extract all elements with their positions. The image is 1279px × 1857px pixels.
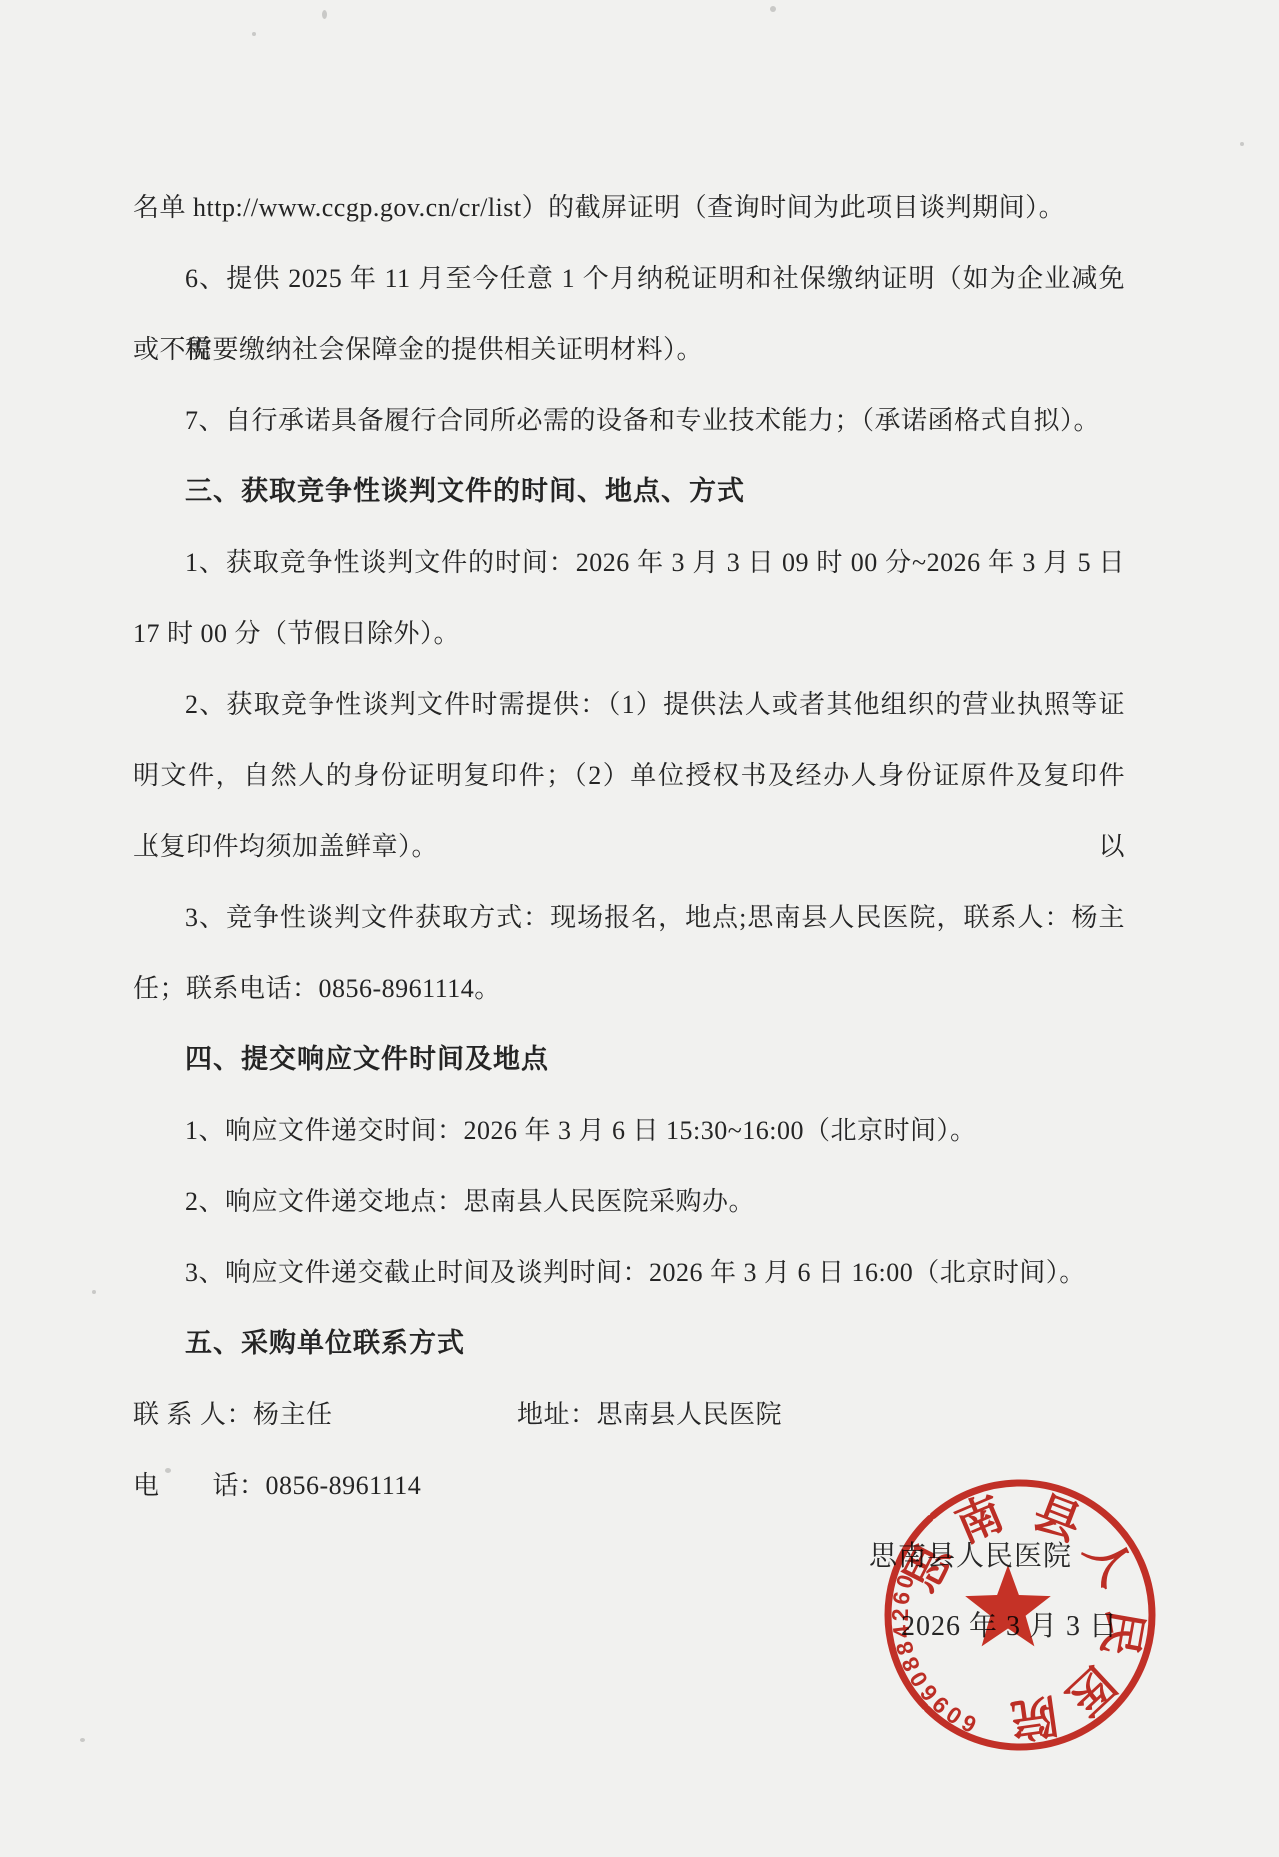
doc-line: 名单 http://www.ccgp.gov.cn/cr/list）的截屏证明（…: [133, 172, 1125, 243]
scanned-document-page: { "page": { "background": "#f1f1ef", "in…: [0, 0, 1279, 1857]
paper-speck: [92, 1290, 96, 1294]
doc-line: 1、响应文件递交时间：2026 年 3 月 6 日 15:30~16:00（北京…: [133, 1095, 1125, 1166]
seal-arc-char: 院: [1008, 1689, 1061, 1746]
contact-line: 联 系 人：杨主任地址：思南县人民医院: [133, 1379, 1125, 1450]
seal-arc-char: 医: [1056, 1656, 1124, 1725]
seal-arc-char: 民: [1093, 1606, 1151, 1660]
doc-line: 2、响应文件递交地点：思南县人民医院采购办。: [133, 1166, 1125, 1237]
doc-line: 3、竞争性谈判文件获取方式：现场报名，地点;思南县人民医院，联系人：杨主: [133, 882, 1125, 953]
paper-speck: [80, 1738, 85, 1742]
paper-speck: [770, 6, 776, 12]
doc-line: 7、自行承诺具备履行合同所必需的设备和专业技术能力；（承诺函格式自拟）。: [133, 385, 1125, 456]
official-seal: 思 南 县 人 民 医 院 6096088426025: [860, 1455, 1180, 1775]
doc-line: 3、响应文件递交截止时间及谈判时间：2026 年 3 月 6 日 16:00（北…: [133, 1237, 1125, 1308]
document-body: 名单 http://www.ccgp.gov.cn/cr/list）的截屏证明（…: [133, 172, 1125, 1521]
star-icon: [965, 1565, 1051, 1646]
section-heading-5: 五、采购单位联系方式: [133, 1308, 1125, 1379]
paper-speck: [1240, 142, 1244, 146]
seal-arc-char: 人: [1075, 1529, 1142, 1595]
paper-speck: [252, 32, 256, 36]
section-heading-3: 三、获取竞争性谈判文件的时间、地点、方式: [133, 456, 1125, 527]
doc-line: 明文件，自然人的身份证明复印件；（2）单位授权书及经办人身份证原件及复印件（以: [133, 740, 1125, 811]
contact-person: 联 系 人：杨主任: [133, 1379, 517, 1450]
doc-line: 或不需要缴纳社会保障金的提供相关证明材料）。: [133, 314, 1125, 385]
doc-line: 任；联系电话：0856-8961114。: [133, 953, 1125, 1024]
doc-line: 17 时 00 分（节假日除外）。: [133, 598, 1125, 669]
contact-address: 地址：思南县人民医院: [517, 1400, 782, 1429]
doc-line: 6、提供 2025 年 11 月至今任意 1 个月纳税证明和社保缴纳证明（如为企…: [133, 243, 1125, 314]
paper-speck: [322, 10, 327, 19]
doc-line: 1、获取竞争性谈判文件的时间：2026 年 3 月 3 日 09 时 00 分~…: [133, 527, 1125, 598]
doc-line: 2、获取竞争性谈判文件时需提供：（1）提供法人或者其他组织的营业执照等证: [133, 669, 1125, 740]
section-heading-4: 四、提交响应文件时间及地点: [133, 1024, 1125, 1095]
